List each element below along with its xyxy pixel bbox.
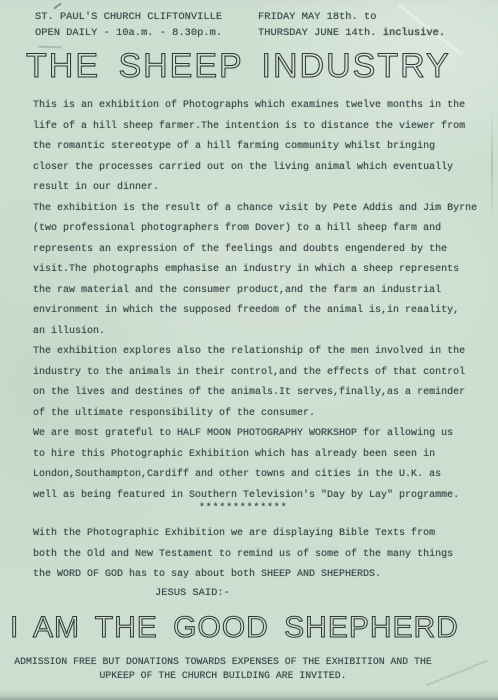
dates-line-2: THURSDAY JUNE 14th. inclusive.: [258, 25, 445, 41]
paper-crease: [491, 110, 493, 220]
good-shepherd-quote: I AM THE GOOD SHEPHERD: [10, 611, 459, 645]
venue-block: ST. PAUL'S CHURCH CLIFTONVILLE OPEN DAIL…: [35, 9, 222, 41]
text-line: visit.The photographs emphasise an indus…: [33, 260, 477, 281]
page-title: THE SHEEP INDUSTRY: [26, 47, 451, 86]
text-line: London,Southampton,Cardiff and other tow…: [33, 465, 477, 486]
text-line: The exhibition explores also the relatio…: [33, 342, 477, 363]
admission-line-2: UPKEEP OF THE CHURCH BUILDING ARE INVITE…: [6, 669, 440, 683]
venue-line: ST. PAUL'S CHURCH CLIFTONVILLE: [35, 9, 222, 25]
flyer-sheet: ST. PAUL'S CHURCH CLIFTONVILLE OPEN DAIL…: [0, 0, 498, 700]
body-copy: This is an exhibition of Photographs whi…: [33, 96, 477, 506]
jesus-said-line: JESUS SAID:-: [155, 587, 230, 599]
text-line: to hire this Photographic Exhibition whi…: [33, 445, 477, 466]
text-line: closer the processes carried out on the …: [33, 158, 477, 179]
text-line: environment in which the supposed freedo…: [33, 301, 477, 322]
text-line: represents an expression of the feelings…: [33, 240, 477, 261]
hours-line: OPEN DAILY - 10a.m. - 8.30p.m.: [35, 25, 222, 41]
text-line: With the Photographic Exhibition we are …: [33, 524, 453, 545]
paragraph-credits: We are most grateful to HALF MOON PHOTOG…: [33, 424, 477, 506]
text-line: the romantic stereotype of a hill farmin…: [33, 137, 477, 158]
text-line: of the ultimate responsibility of the co…: [33, 404, 477, 425]
admission-note: ADMISSION FREE BUT DONATIONS TOWARDS EXP…: [6, 655, 440, 682]
paragraph-exploration: The exhibition explores also the relatio…: [33, 342, 477, 424]
text-line: This is an exhibition of Photographs whi…: [33, 96, 477, 117]
paragraph-bible-texts: With the Photographic Exhibition we are …: [33, 524, 453, 586]
text-line: the raw material and the consumer produc…: [33, 281, 477, 302]
dates-line-1: FRIDAY MAY 18th. to: [258, 9, 445, 25]
text-line: (two professional photographers from Dov…: [33, 219, 477, 240]
text-line: We are most grateful to HALF MOON PHOTOG…: [33, 424, 477, 445]
text-line: result in our dinner.: [33, 178, 477, 199]
text-line: industry to the animals in their control…: [33, 363, 477, 384]
text-line: both the Old and New Testament to remind…: [33, 545, 453, 566]
dates-line-2-prefix: THURSDAY JUNE 14th.: [258, 27, 383, 39]
text-line: the WORD OF GOD has to say about both SH…: [33, 565, 453, 586]
text-line: on the lives and destines of the animals…: [33, 383, 477, 404]
text-line: life of a hill sheep farmer.The intentio…: [33, 117, 477, 138]
dates-line-2-emphasis: inclusive.: [383, 27, 445, 39]
dates-block: FRIDAY MAY 18th. to THURSDAY JUNE 14th. …: [258, 9, 445, 41]
asterisk-divider: *************: [199, 503, 287, 514]
paragraph-photographers: The exhibition is the result of a chance…: [33, 199, 477, 343]
text-line: an illusion.: [33, 322, 477, 343]
text-line: The exhibition is the result of a chance…: [33, 199, 477, 220]
paragraph-intro: This is an exhibition of Photographs whi…: [33, 96, 477, 199]
admission-line-1: ADMISSION FREE BUT DONATIONS TOWARDS EXP…: [6, 655, 440, 669]
